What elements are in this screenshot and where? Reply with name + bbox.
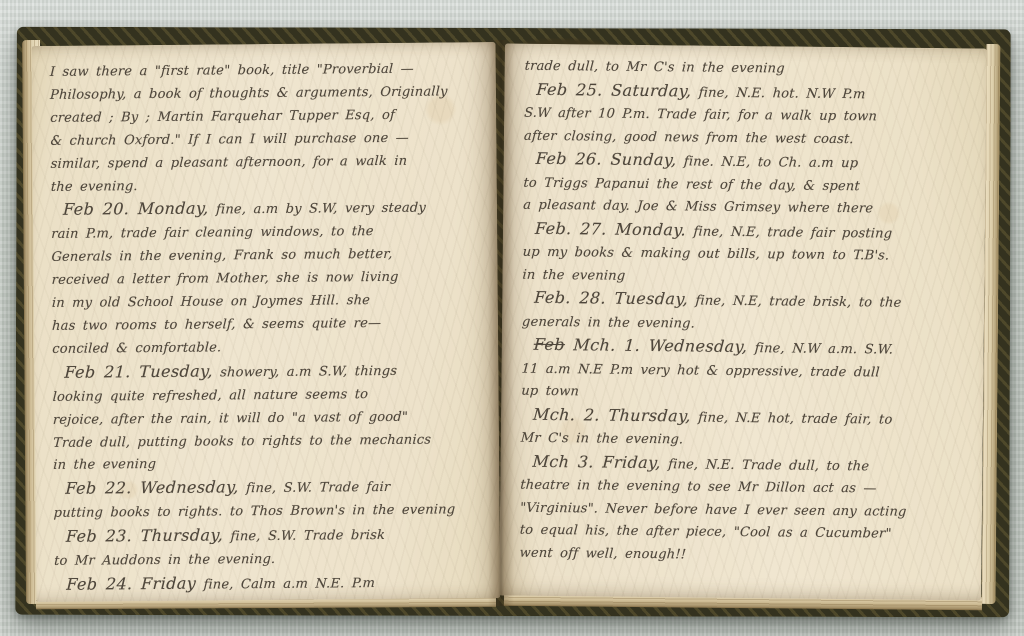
entry-date-heading: Mch 3. Friday, (532, 451, 662, 471)
fabric-background: I saw there a "first rate" book, title "… (0, 0, 1024, 636)
handwriting-line: rejoice, after the rain, it will do "a v… (52, 406, 493, 433)
diary-left-page: I saw there a "first rate" book, title "… (32, 42, 501, 602)
entry-date-heading: Feb 26. Sunday, (535, 149, 677, 169)
entry-date-heading: Feb 24. Friday (66, 574, 197, 594)
left-page-handwriting: I saw there a "first rate" book, title "… (50, 58, 495, 599)
entry-date-heading: Feb 21. Tuesday, (64, 361, 213, 381)
handwriting-line: & church Oxford." If I can I will purcha… (50, 127, 491, 154)
entry-date-heading: Feb 22. Wednesday, (65, 478, 239, 499)
handwriting-line: Feb 21. Tuesday, showery, a.m S.W, thing… (52, 358, 493, 387)
entry-date-heading: Feb. 27. Monday. (534, 218, 686, 239)
handwriting-line: similar, spend a pleasant afternoon, for… (50, 150, 491, 177)
handwriting-line: went off well, enough!! (519, 542, 972, 569)
entry-date-heading: Feb 25. Saturday, (536, 79, 692, 100)
entry-date-heading: Feb 23. Thursday, (66, 526, 224, 546)
handwriting-line: Feb 24. Friday fine, Calm a.m N.E. P.m (54, 570, 495, 599)
right-page-handwriting: trade dull, to Mr C's in the eveningFeb … (519, 56, 976, 570)
diary-right-page: trade dull, to Mr C's in the eveningFeb … (499, 43, 987, 600)
handwriting-line: created ; By ; Martin Farquehar Tupper E… (50, 104, 491, 131)
struck-out-word: Feb (533, 335, 565, 354)
handwriting-line: looking quite refreshed, all nature seem… (52, 383, 493, 410)
handwriting-line: Feb 23. Thursday, fine, S.W. Trade brisk (53, 522, 494, 551)
entry-date-heading: Mch. 2. Thursday, (533, 404, 692, 425)
entry-date-heading: Feb. 28. Tuesday, (534, 288, 689, 309)
entry-date-heading: Mch. 1. Wednesday, (564, 335, 748, 356)
entry-date-heading: Feb 20. Monday, (63, 199, 209, 219)
